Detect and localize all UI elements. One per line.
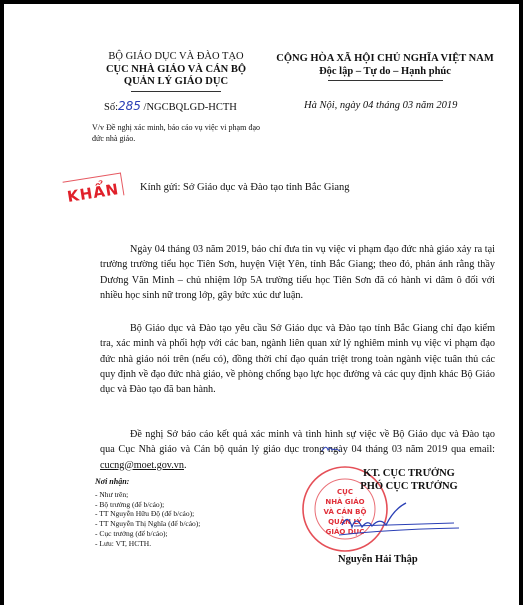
distribution-item: - Như trên; (95, 490, 200, 500)
motto-divider (328, 80, 443, 81)
paragraph-1-text: Ngày 04 tháng 03 năm 2019, báo chí đưa t… (100, 242, 495, 303)
number-suffix: /NGCBQLGD-HCTH (141, 102, 237, 113)
department-name-line2: QUẢN LÝ GIÁO DỤC (86, 76, 266, 89)
number-label: Số: (104, 102, 118, 113)
email-link[interactable]: cucng@moet.gov.vn (100, 460, 184, 471)
national-motto: Độc lập – Tự do – Hạnh phúc (254, 65, 516, 78)
signature-title-2: PHÓ CỤC TRƯỞNG (314, 480, 504, 493)
handwritten-initial-icon (320, 442, 342, 454)
paragraph-2-text: Bộ Giáo dục và Đào tạo yêu cầu Sở Giáo d… (100, 321, 495, 397)
recipient-line: Kính gửi: Sở Giáo dục và Đào tạo tỉnh Bắ… (140, 182, 350, 193)
signature-title-1: KT. CỤC TRƯỞNG (314, 467, 504, 480)
paragraph-1: Ngày 04 tháng 03 năm 2019, báo chí đưa t… (100, 242, 495, 303)
document-page: BỘ GIÁO DỤC VÀ ĐÀO TẠO CỤC NHÀ GIÁO VÀ C… (4, 4, 519, 605)
document-number: Số:285 /NGCBQLGD-HCTH (104, 99, 237, 113)
national-header: CỘNG HÒA XÃ HỘI CHỦ NGHĨA VIỆT NAM Độc l… (254, 52, 516, 81)
paragraph-3-end: . (184, 460, 187, 471)
place-date: Hà Nội, ngày 04 tháng 03 năm 2019 (304, 100, 457, 111)
signer-name: Nguyễn Hải Thập (338, 554, 418, 565)
distribution-title: Nơi nhận: (95, 477, 200, 487)
issuer-header: BỘ GIÁO DỤC VÀ ĐÀO TẠO CỤC NHÀ GIÁO VÀ C… (86, 51, 266, 92)
ministry-name: BỘ GIÁO DỤC VÀ ĐÀO TẠO (86, 51, 266, 64)
paragraph-2: Bộ Giáo dục và Đào tạo yêu cầu Sở Giáo d… (100, 321, 495, 397)
distribution-list: Nơi nhận: - Như trên; - Bộ trưởng (để b/… (95, 477, 200, 549)
distribution-item: - TT Nguyễn Thị Nghĩa (để b/cáo); (95, 519, 200, 529)
distribution-item: - Cục trưởng (để b/cáo); (95, 529, 200, 539)
paragraph-3-body: Đề nghị Sở báo cáo kết quả xác minh và t… (100, 429, 495, 455)
distribution-item: - Bộ trưởng (để b/cáo); (95, 500, 200, 510)
header-divider (131, 91, 221, 92)
distribution-item: - TT Nguyễn Hữu Độ (để b/cáo); (95, 509, 200, 519)
subject-line: V/v Đề nghị xác minh, báo cáo vụ việc vi… (92, 123, 260, 144)
handwritten-signature-icon (334, 499, 484, 544)
department-name-line1: CỤC NHÀ GIÁO VÀ CÁN BỘ (86, 64, 266, 77)
distribution-item: - Lưu: VT, HCTH. (95, 539, 200, 549)
paragraph-3-text: Đề nghị Sở báo cáo kết quả xác minh và t… (100, 427, 495, 473)
signature-block: KT. CỤC TRƯỞNG PHÓ CỤC TRƯỞNG (314, 467, 504, 493)
country-name: CỘNG HÒA XÃ HỘI CHỦ NGHĨA VIỆT NAM (254, 52, 516, 65)
handwritten-number: 285 (118, 99, 141, 113)
paragraph-3: Đề nghị Sở báo cáo kết quả xác minh và t… (100, 427, 495, 473)
